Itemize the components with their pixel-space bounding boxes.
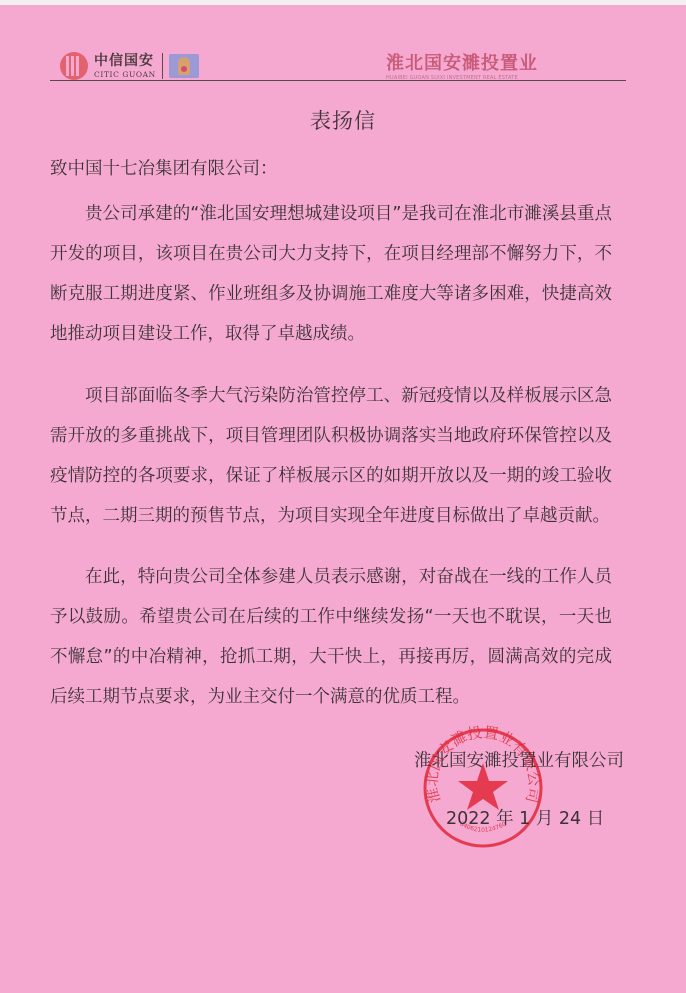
letter-page: 中信国安 CITIC GUOAN 淮北国安濉投置业 HUAIBEI GUOAN … — [0, 5, 686, 993]
signature-company: 淮北国安濉投置业有限公司 — [414, 747, 624, 772]
citic-guoan-logo: 中信国安 CITIC GUOAN — [60, 50, 199, 82]
citic-name-cn: 中信国安 — [94, 54, 156, 68]
header-divider — [50, 80, 626, 81]
huaibei-company-logo: 淮北国安濉投置业 HUAIBEI GUOAN SUIXI INVESTMENT … — [386, 54, 538, 81]
company-seal-icon: 淮北国安濉投置业有限公司 3406210124760 — [420, 725, 546, 851]
signature-date: 2022 年 1 月 24 日 — [446, 805, 604, 830]
paragraph-2: 项目部面临冬季大气污染防治管控停工、新冠疫情以及样板展示区急需开放的多重挑战下，… — [50, 376, 612, 536]
logo-separator — [162, 53, 163, 79]
salutation: 致中国十七冶集团有限公司： — [50, 155, 278, 180]
company-name-cn: 淮北国安濉投置业 — [386, 54, 538, 74]
paragraph-3: 在此，特向贵公司全体参建人员表示感谢，对奋战在一线的工作人员予以鼓励。希望贵公司… — [50, 557, 612, 717]
citic-name-en: CITIC GUOAN — [94, 71, 156, 79]
letter-title: 表扬信 — [0, 105, 686, 135]
guoan-emblem-icon — [169, 54, 199, 78]
citic-emblem-icon — [60, 52, 88, 80]
citic-logo-text: 中信国安 CITIC GUOAN — [94, 54, 156, 79]
paragraph-1: 贵公司承建的“淮北国安理想城建设项目”是我司在淮北市濉溪县重点开发的项目，该项目… — [50, 194, 612, 354]
